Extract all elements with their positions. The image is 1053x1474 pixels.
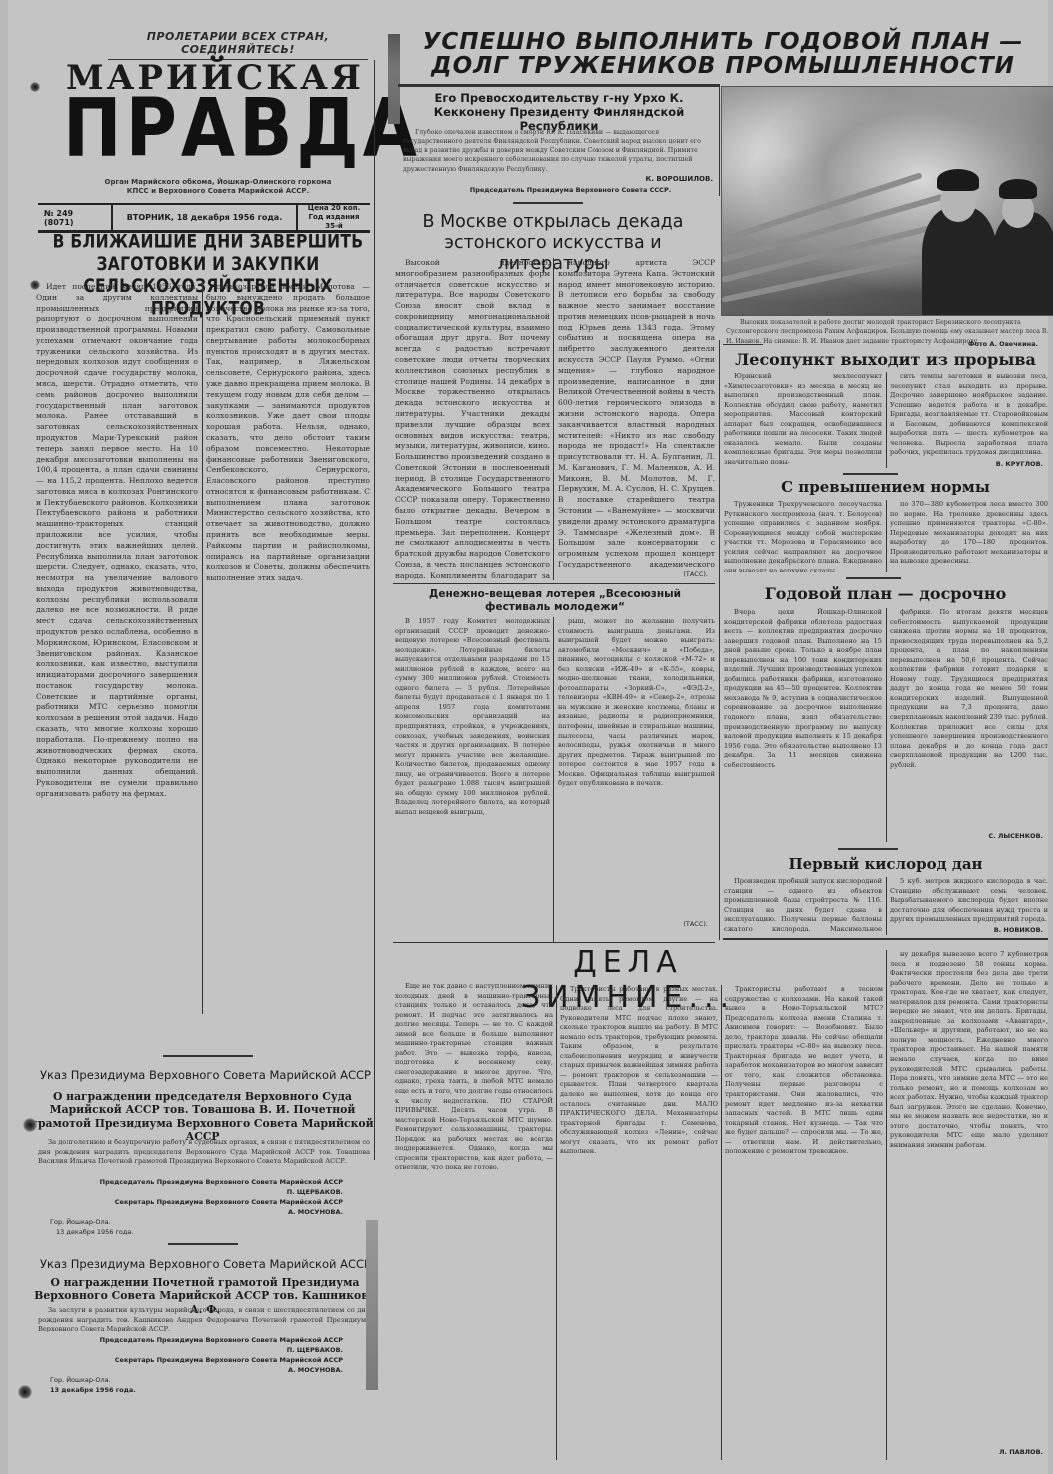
column-divider [202, 282, 203, 1014]
scan-shadow [366, 1220, 378, 1390]
ukaz1-heading: Указ Президиума Верховного Совета Марийс… [38, 1068, 373, 1082]
ukaz2-heading: Указ Президиума Верховного Совета Марийс… [38, 1257, 373, 1271]
lottery-col2: рыш, может по желанию получить стоимость… [558, 617, 715, 915]
godovoi-author: С. ЛЫСЕНКОВ. [908, 832, 1043, 840]
divider [723, 344, 763, 345]
ukaz1-date: 13 декабря 1956 года. [56, 1228, 206, 1236]
column-divider [556, 985, 557, 1460]
ukaz2-sign1-name: П. ЩЕРБАКОВ. [98, 1346, 343, 1354]
lottery-source: (ТАСС). [618, 920, 708, 928]
kislorod-col1: Произведен пробный запуск кислородной ст… [724, 877, 882, 935]
divider [393, 942, 715, 943]
column-divider [886, 877, 887, 935]
ukaz2-sign2-name: А. МОСУНОВА. [98, 1366, 343, 1374]
ukaz1-title: О награждении председателя Верховного Су… [30, 1090, 375, 1144]
scan-mark [30, 82, 40, 92]
newspaper-page: ПРОЛЕТАРИИ ВСЕХ СТРАН, СОЕДИНЯЙТЕСЬ! МАР… [8, 0, 1048, 1474]
kislorod-author: В. НОВИКОВ. [908, 926, 1043, 934]
delo-col3: Трактористы работают в тесном содружеств… [725, 985, 883, 1460]
column-divider [553, 258, 554, 580]
ukaz2-date: 13 декабря 1956 года. [50, 1386, 200, 1394]
godovoi-col2: фабрики. По итогам девяти месяцев себест… [890, 608, 1048, 830]
norma-col2: по 370—380 кубометров леса вместо 300 по… [890, 500, 1048, 572]
column-divider [886, 372, 887, 468]
ukaz2-sign1-title: Председатель Президиума Верховного Совет… [98, 1336, 343, 1344]
masthead-title-main: ПРАВДА [63, 88, 358, 169]
photo-person-1 [922, 207, 997, 316]
divider [838, 848, 898, 850]
ukaz1-sign2-title: Секретарь Президиума Верховного Совета М… [98, 1198, 343, 1206]
photo-person-2-hat [999, 179, 1037, 199]
lead-article-col1: Идет последний месяц 1956 года. Один за … [36, 282, 198, 1012]
norma-title: С превышением нормы [723, 478, 1048, 496]
delo-col2: Трактористы работают в разных местах. Од… [560, 985, 718, 1460]
ukaz2-place: Гор. Йошкар-Ола. [50, 1376, 200, 1384]
estonia-col1: Высокой идейностью, многообразием разноо… [395, 258, 550, 580]
photo-person-2 [992, 212, 1053, 316]
divider-ornament [163, 1055, 253, 1057]
column-divider [886, 500, 887, 572]
column-divider [553, 617, 554, 942]
lottery-title: Денежно-вещевая лотерея „Всесоюзный фест… [395, 588, 715, 613]
telegram-body: Глубоко опечален известием о смерти Ю. К… [403, 128, 715, 174]
delo-col4: ну декабря вывезено всего 7 кубометров л… [890, 950, 1048, 1445]
top-headline: УСПЕШНО ВЫПОЛНИТЬ ГОДОВОЙ ПЛАН — ДОЛГ ТР… [403, 30, 1043, 78]
estonia-source: (ТАСС). [608, 570, 708, 578]
ukaz1-sign2-name: А. МОСУНОВА. [98, 1208, 343, 1216]
scan-mark [23, 1118, 37, 1132]
issue-price: Цена 20 коп. Год издания 35-й [298, 204, 370, 231]
photo-tractorist [721, 86, 1053, 316]
delo-author: Л. ПАВЛОВ. [928, 1448, 1043, 1456]
issue-info-bar: № 249 (8071) ВТОРНИК, 18 декабря 1956 го… [38, 203, 370, 233]
divider [168, 1243, 238, 1245]
telegram-signature: К. ВОРОШИЛОВ. [468, 175, 713, 183]
divider [843, 473, 898, 475]
issue-date: ВТОРНИК, 18 декабря 1956 года. [113, 205, 298, 230]
lead-article-col2: сельхозартели имени Молотова — было выну… [206, 282, 370, 1014]
lesopunkt-col2: сить темпы заготовки и вывозки леса, лес… [890, 372, 1048, 458]
estonia-col2: народного артиста ЭССР композитора Эуген… [558, 258, 715, 568]
delo-col1: Еще не так давно с наступлением зимних х… [395, 950, 553, 1460]
ukaz1-body: За долголетнюю и безупречную работу в су… [38, 1138, 370, 1172]
kislorod-col2: 5 куб. метров жидкого кислорода в час. С… [890, 877, 1048, 925]
ukaz2-sign2-title: Секретарь Президиума Верховного Совета М… [98, 1356, 343, 1364]
column-divider [886, 950, 887, 1460]
column-divider [719, 340, 720, 940]
ukaz2-body: За заслуги в развитии культуры марийског… [38, 1306, 370, 1332]
lesopunkt-title: Лесопункт выходит из прорыва [723, 350, 1048, 369]
scan-mark [30, 280, 40, 290]
scan-mark [18, 1385, 32, 1399]
lesopunkt-col1: Юринский мехлесопункт «Химлесзаготовки» … [724, 372, 882, 468]
godovoi-title: Годовой план — досрочно [723, 584, 1048, 603]
masthead-slogan: ПРОЛЕТАРИИ ВСЕХ СТРАН, СОЕДИНЯЙТЕСЬ! [108, 30, 368, 60]
norma-col1: Труженики Трехрученского лесоучастка Рут… [724, 500, 882, 572]
divider [513, 202, 583, 204]
telegram-signature-title: Председатель Президиума Верховного Совет… [428, 186, 713, 194]
column-divider [721, 985, 722, 1460]
photo-credit: Фото А. Овечкина. [888, 340, 1038, 348]
ukaz1-sign1-name: П. ЩЕРБАКОВ. [98, 1188, 343, 1196]
column-divider [886, 608, 887, 842]
kislorod-title: Первый кислород дан [723, 855, 1048, 873]
godovoi-col1: Вчера цехи Йошкар-Олинской кондитерской … [724, 608, 882, 842]
photo-person-1-hat [937, 169, 979, 191]
year-text: Год издания 35-й [304, 213, 364, 231]
lesopunkt-author: В. КРУГЛОВ. [908, 460, 1043, 468]
ukaz1-sign1-title: Председатель Президиума Верховного Совет… [98, 1178, 343, 1186]
issue-number: № 249 (8071) [38, 205, 113, 230]
masthead-organ: Орган Марийского обкома, Йошкар-Олинског… [98, 178, 338, 197]
divider [723, 938, 1048, 940]
page-column-divider [374, 60, 375, 1160]
ukaz1-place: Гор. Йошкар-Ола. [50, 1218, 200, 1226]
divider [846, 577, 901, 579]
lottery-col1: В 1957 году Комитет молодежных организац… [395, 617, 550, 942]
estonia-title-line1: В Москве открылась декада [393, 212, 713, 233]
price-text: Цена 20 коп. [304, 204, 364, 213]
divider [393, 583, 715, 584]
